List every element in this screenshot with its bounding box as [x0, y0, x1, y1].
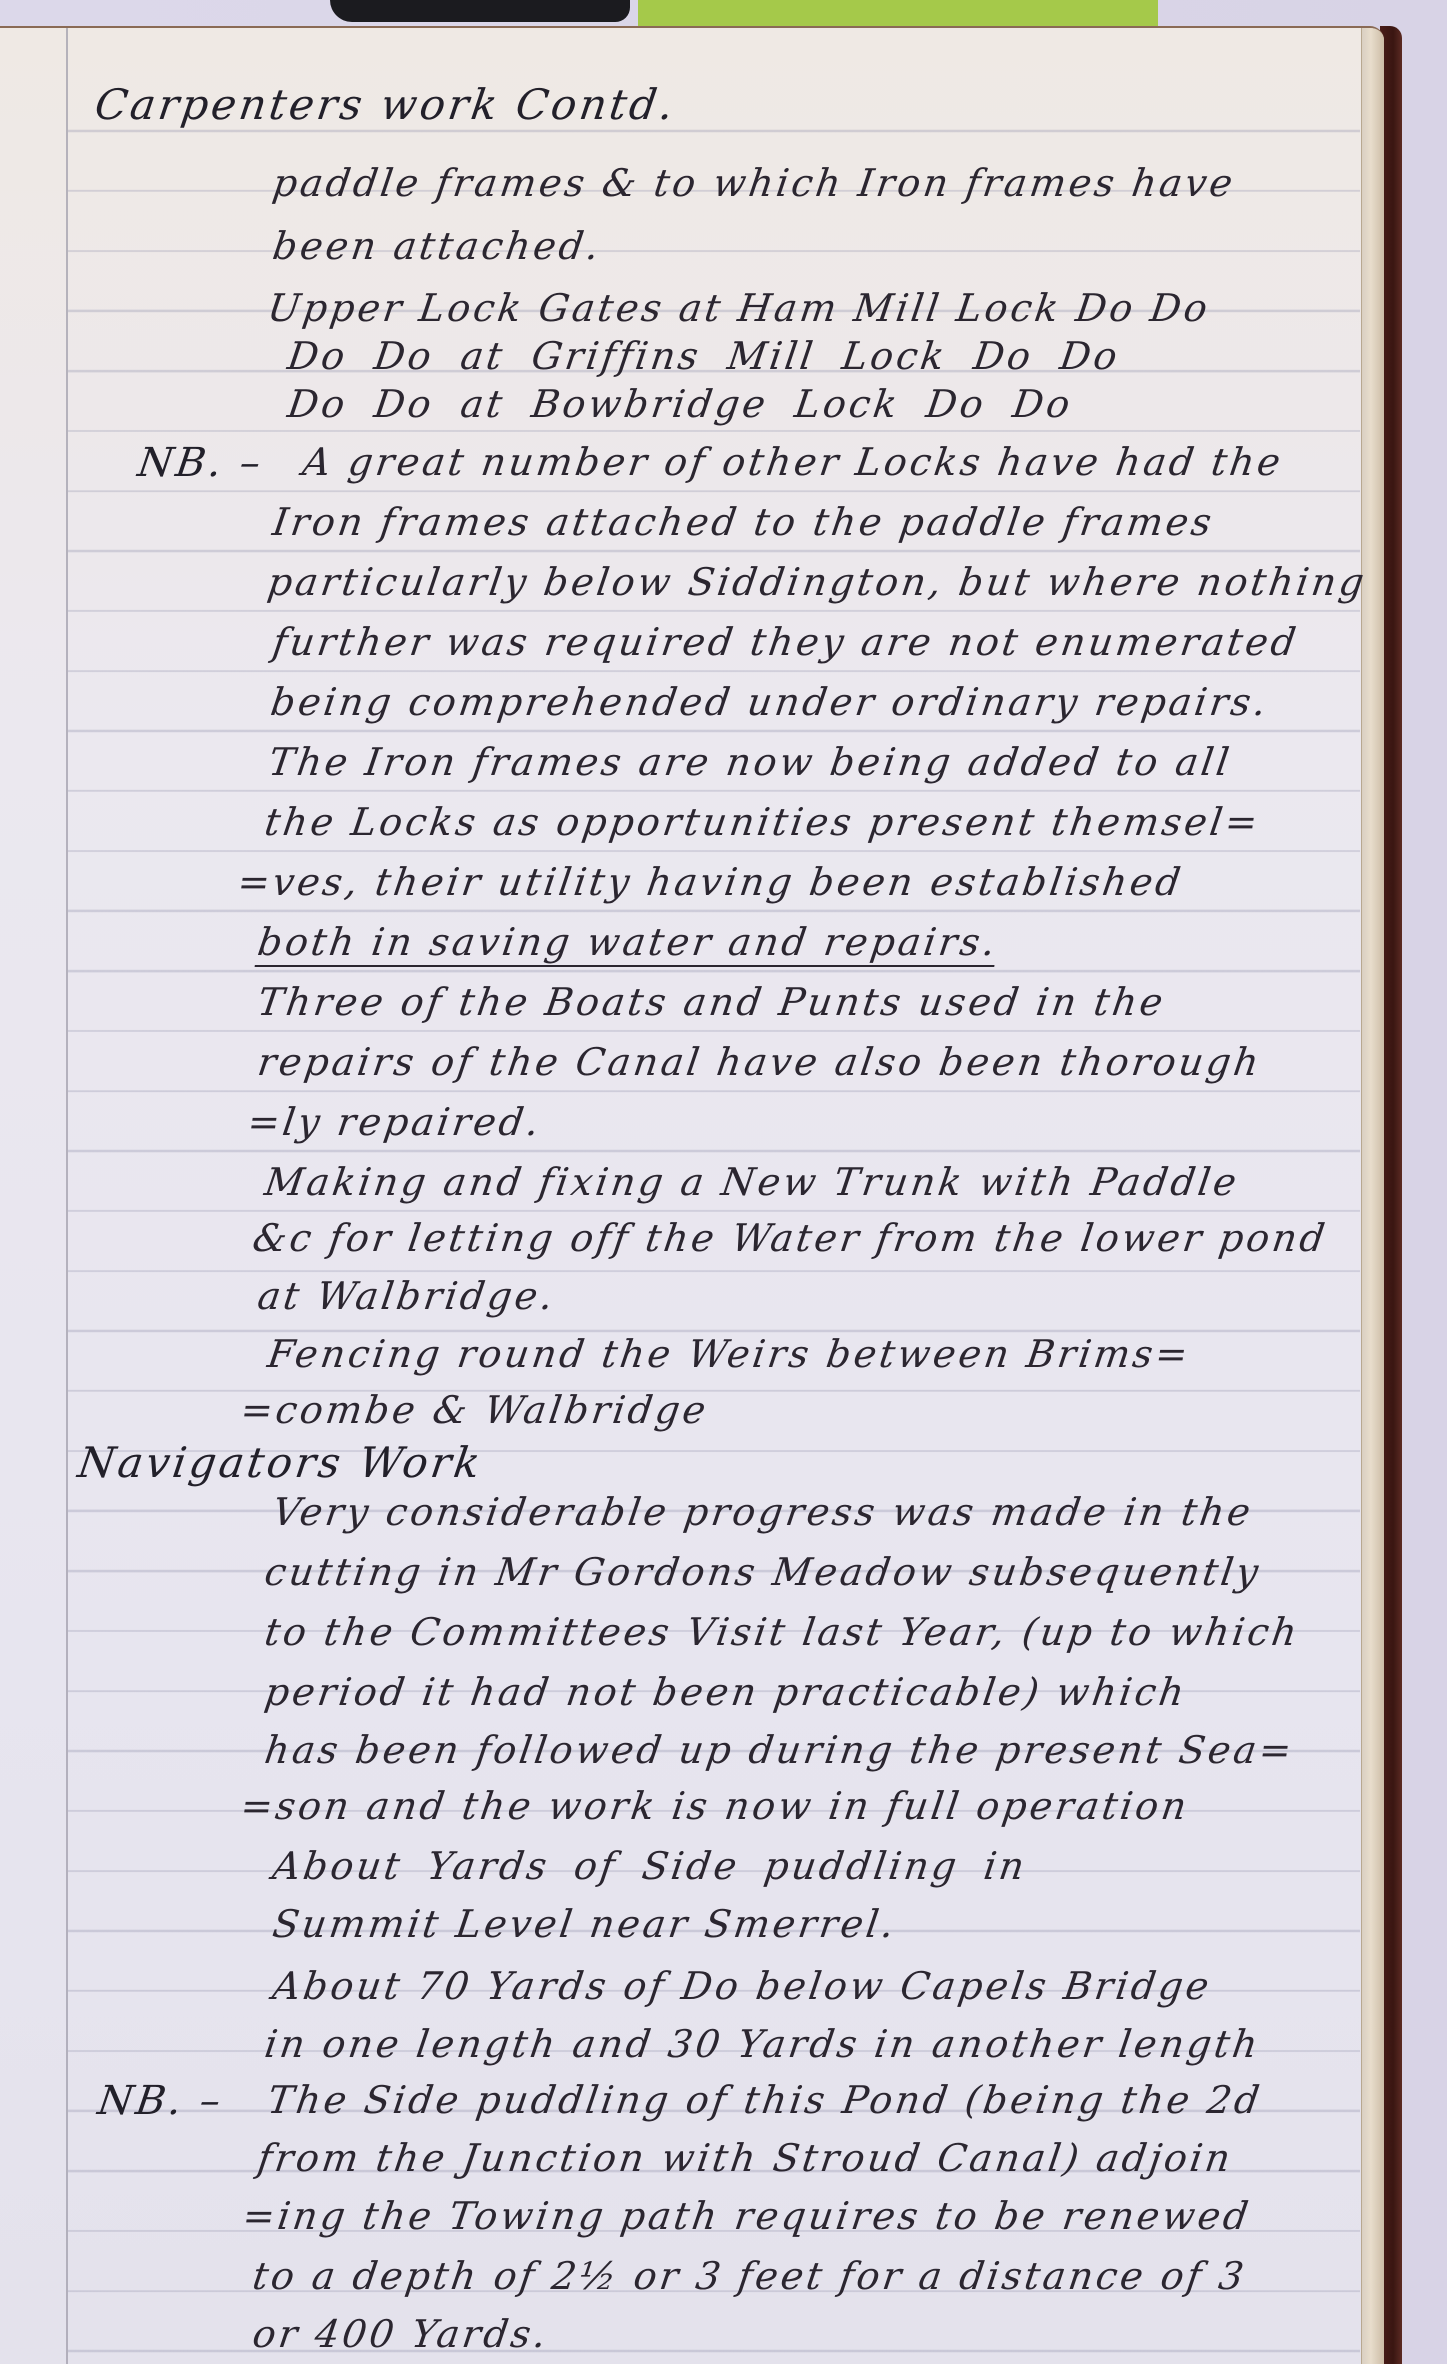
- text-line: The Iron frames are now being added to a…: [266, 740, 1235, 784]
- text-line: cutting in Mr Gordons Meadow subsequentl…: [262, 1550, 1264, 1594]
- text-line: Upper Lock Gates at Ham Mill Lock Do Do: [265, 286, 1213, 330]
- nb-marker: NB. –: [95, 2078, 226, 2124]
- text-line: The Side puddling of this Pond (being th…: [265, 2078, 1265, 2122]
- text-line: About Yards of Side puddling in: [270, 1844, 1030, 1888]
- section-heading-carpenters: Carpenters work Contd.: [92, 80, 679, 129]
- text-line: &c for letting off the Water from the lo…: [250, 1216, 1330, 1260]
- text-line: Do Do at Bowbridge Lock Do Do: [285, 382, 1075, 426]
- text-line: Making and fixing a New Trunk with Paddl…: [262, 1160, 1242, 1204]
- text-line: has been followed up during the present …: [262, 1728, 1297, 1772]
- text-line: at Walbridge.: [255, 1274, 559, 1318]
- text-line: particularly below Siddington, but where…: [265, 560, 1370, 604]
- handwritten-text: Carpenters work Contd. paddle frames & t…: [0, 28, 1384, 2364]
- text-line: A great number of other Locks have had t…: [300, 440, 1286, 484]
- text-line: from the Junction with Stroud Canal) adj…: [255, 2136, 1236, 2180]
- text-line: =ing the Towing path requires to be rene…: [240, 2194, 1254, 2238]
- text-line-underlined: both in saving water and repairs.: [255, 920, 1001, 964]
- text-line: to a depth of 2½ or 3 feet for a distanc…: [250, 2254, 1249, 2298]
- text-line: or 400 Yards.: [250, 2312, 552, 2356]
- ledger-page: Carpenters work Contd. paddle frames & t…: [0, 26, 1384, 2364]
- text-line: Do Do at Griffins Mill Lock Do Do: [285, 334, 1123, 378]
- scan-background: Carpenters work Contd. paddle frames & t…: [0, 0, 1447, 2364]
- text-line: paddle frames & to which Iron frames hav…: [270, 161, 1238, 205]
- nb-marker: NB. –: [135, 440, 266, 486]
- text-line: Three of the Boats and Punts used in the: [255, 980, 1169, 1024]
- text-line: in one length and 30 Yards in another le…: [262, 2022, 1263, 2066]
- text-line: the Locks as opportunities present thems…: [262, 800, 1263, 844]
- text-line: further was required they are not enumer…: [270, 620, 1302, 664]
- text-line: Fencing round the Weirs between Brims=: [265, 1332, 1194, 1376]
- section-heading-navigators: Navigators Work: [75, 1438, 486, 1487]
- text-line: being comprehended under ordinary repair…: [268, 680, 1272, 724]
- text-line: Summit Level near Smerrel.: [270, 1902, 900, 1946]
- text-line: =son and the work is now in full operati…: [238, 1784, 1192, 1828]
- text-line: period it had not been practicable) whic…: [262, 1670, 1190, 1714]
- text-line: Iron frames attached to the paddle frame…: [270, 500, 1217, 544]
- dark-object-top: [330, 0, 630, 22]
- text-line: Very considerable progress was made in t…: [270, 1490, 1256, 1534]
- text-line: repairs of the Canal have also been thor…: [255, 1040, 1264, 1084]
- text-line: =combe & Walbridge: [238, 1388, 711, 1432]
- text-line: to the Committees Visit last Year, (up t…: [262, 1610, 1303, 1654]
- text-line: =ves, their utility having been establis…: [235, 860, 1186, 904]
- text-line: been attached.: [270, 224, 605, 268]
- green-tab-top: [638, 0, 1158, 28]
- text-line: About 70 Yards of Do below Capels Bridge: [270, 1964, 1215, 2008]
- text-line: =ly repaired.: [245, 1100, 545, 1144]
